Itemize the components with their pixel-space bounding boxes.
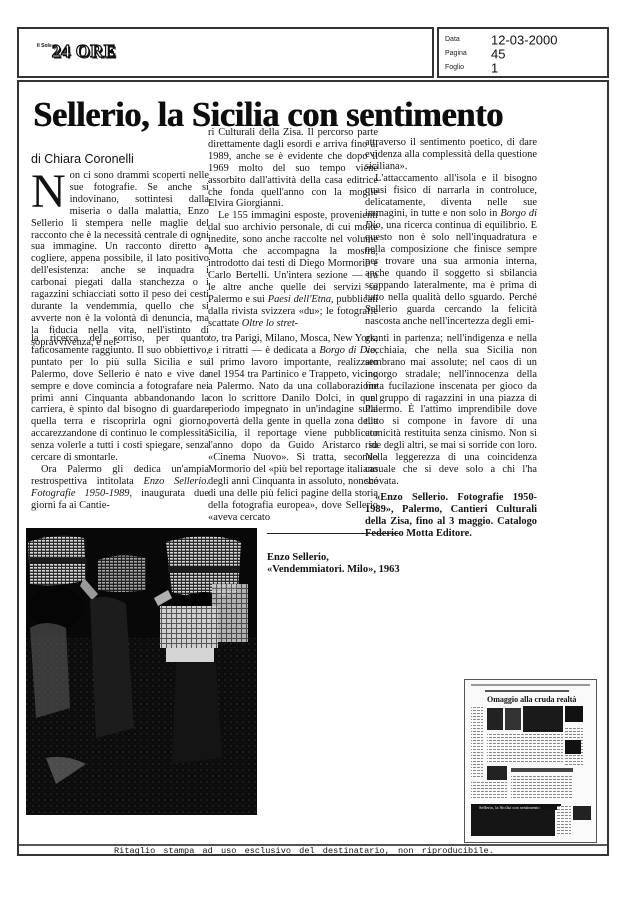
article-paragraph: L'attaccamento all'isola e il bisogno qu… bbox=[365, 173, 537, 328]
meta-sheet: Foglio1 bbox=[445, 59, 498, 77]
newspaper-page-preview: Omaggio alla cruda realtà Sellerio, la S… bbox=[465, 680, 596, 842]
article-paragraph: ri Culturali della Zisa. Il percorso par… bbox=[208, 127, 378, 210]
article-paragraph: Ora Palermo gli dedica un'ampia restrosp… bbox=[31, 464, 209, 512]
newspaper-logo: Il Sole24 ORE bbox=[37, 41, 116, 62]
drop-cap: N bbox=[31, 172, 66, 212]
article-column-3-bottom: granti in partenza; nell'indigenza e nel… bbox=[365, 333, 537, 539]
caption-rule bbox=[267, 533, 399, 534]
caption-line: «Vendemmiatori. Milo», 1963 bbox=[267, 564, 400, 576]
article-column-1-bottom: la ricerca del sorriso, per quanto fatic… bbox=[31, 333, 209, 512]
meta-sheet-value: 1 bbox=[491, 60, 498, 75]
meta-sheet-label: Foglio bbox=[445, 64, 491, 71]
article-photo bbox=[26, 528, 257, 815]
article-paragraph: attraverso il sentimento poetico, di dar… bbox=[365, 137, 537, 173]
logo-prefix: Il Sole bbox=[37, 43, 52, 49]
meta-page-label: Pagina bbox=[445, 50, 491, 57]
italic-title: to bbox=[208, 333, 216, 344]
article-paragraph: la ricerca del sorriso, per quanto fatic… bbox=[31, 333, 209, 464]
grape-harvesters-photo bbox=[26, 528, 257, 815]
paragraph-text: Le 155 immagini esposte, provenienti dal… bbox=[208, 210, 378, 304]
article-paragraph: Le 155 immagini esposte, provenienti dal… bbox=[208, 210, 378, 329]
paragraph-text: , una ricerca continua di equilibrio. E … bbox=[365, 220, 537, 326]
article-column-3-top: attraverso il sentimento poetico, di dar… bbox=[365, 137, 537, 328]
article-paragraph: Non ci sono drammi scoperti nelle sue fo… bbox=[31, 170, 209, 349]
article-clipping: Sellerio, la Sicilia con sentimento di C… bbox=[17, 80, 609, 856]
logo-name: 24 ORE bbox=[52, 41, 117, 61]
article-column-2-bottom: to, tra Parigi, Milano, Mosca, New York;… bbox=[208, 333, 378, 524]
header-meta-box: Data12-03-2000 Pagina45 Foglio1 bbox=[437, 27, 609, 78]
article-paragraph: to, tra Parigi, Milano, Mosca, New York;… bbox=[208, 333, 378, 524]
header-logo-box: Il Sole24 ORE bbox=[17, 27, 434, 78]
caption-line: Enzo Sellerio, bbox=[267, 552, 400, 564]
article-byline: di Chiara Coronelli bbox=[31, 152, 134, 166]
paragraph-text: , il primo lavoro importante, realizzato… bbox=[208, 345, 378, 523]
article-column-1-top: Non ci sono drammi scoperti nelle sue fo… bbox=[31, 170, 209, 349]
thumbnail-headline: Omaggio alla cruda realtà bbox=[487, 695, 576, 704]
article-column-2-top: ri Culturali della Zisa. Il percorso par… bbox=[208, 127, 378, 329]
italic-title: Oltre lo stret- bbox=[242, 318, 298, 329]
photo-caption: Enzo Sellerio, «Vendemmiatori. Milo», 19… bbox=[267, 552, 400, 575]
reproduction-notice: Ritaglio stampa ad uso esclusivo del des… bbox=[19, 844, 607, 854]
article-paragraph: granti in partenza; nell'indigenza e nel… bbox=[365, 333, 537, 488]
page-thumbnail: Omaggio alla cruda realtà Sellerio, la S… bbox=[464, 679, 597, 843]
italic-title: Paesi dell'Etna bbox=[268, 294, 331, 305]
meta-date-label: Data bbox=[445, 36, 491, 43]
